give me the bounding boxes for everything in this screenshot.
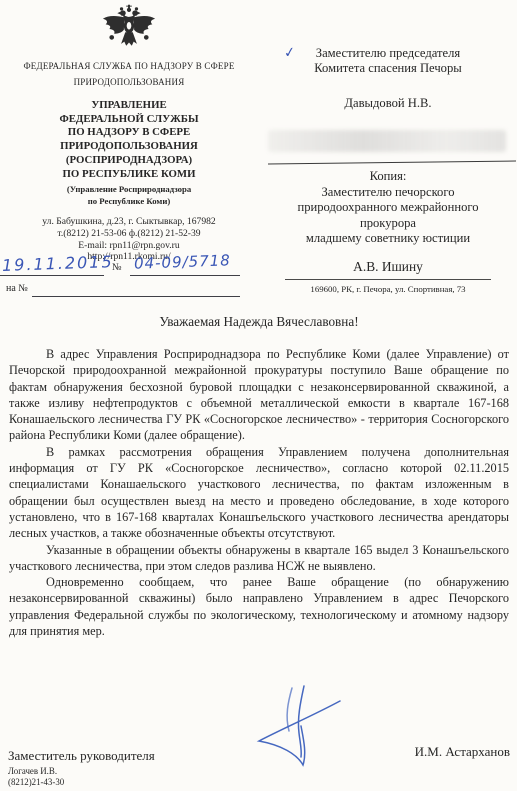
letterhead-block: ФЕДЕРАЛЬНАЯ СЛУЖБА ПО НАДЗОРУ В СФЕРЕ ПР…	[4, 4, 254, 263]
date-handwritten: 19.11.2015	[2, 252, 114, 275]
body-paragraph: В адрес Управления Росприроднадзора по Р…	[9, 346, 509, 444]
org-short-name-line: по Республике Коми)	[4, 196, 254, 208]
number-sign-label: №	[112, 262, 122, 273]
number-underline	[130, 275, 240, 276]
salutation: Уважаемая Надежда Вячеславовна!	[9, 314, 509, 330]
addressee-line: Комитета спасения Печоры	[262, 61, 514, 76]
org-short-name-line: (Управление Росприроднадзора	[4, 184, 254, 196]
department-name-line: ФЕДЕРАЛЬНОЙ СЛУЖБЫ	[4, 113, 254, 127]
body-paragraph: В рамках рассмотрения обращения Управлен…	[9, 444, 509, 542]
faded-stamp-smudge	[268, 130, 506, 152]
department-name: УПРАВЛЕНИЕ ФЕДЕРАЛЬНОЙ СЛУЖБЫ ПО НАДЗОРУ…	[4, 99, 254, 181]
addressee-block: ✓ Заместителю председателя Комитета спас…	[262, 46, 514, 111]
copy-recipient-name: А.В. Ишину	[262, 259, 514, 275]
body-paragraph: Указанные в обращении объекты обнаружены…	[9, 542, 509, 575]
ref-number-label: на №	[6, 283, 28, 294]
org-postal-address: ул. Бабушкина, д.23, г. Сыктывкар, 16798…	[4, 216, 254, 228]
letter-body: Уважаемая Надежда Вячеславовна! В адрес …	[9, 314, 509, 639]
signature-scribble	[252, 684, 347, 779]
org-phone-fax: т.(8212) 21-53-06 ф.(8212) 21-52-39	[4, 228, 254, 240]
agency-name-line: ПРИРОДОПОЛЬЗОВАНИЯ	[4, 74, 254, 90]
ref-number-row: на №	[6, 283, 254, 294]
body-paragraph: Одновременно сообщаем, что ранее Ваше об…	[9, 574, 509, 639]
department-name-line: (РОСПРИРОДНАДЗОРА)	[4, 154, 254, 168]
copy-recipient-line: младшему советнику юстиции	[262, 231, 514, 247]
doc-number-handwritten: 04-09/5718	[134, 251, 231, 272]
copy-recipient-line: прокурора	[262, 216, 514, 232]
executor-block: Логачев И.В. (8212)21-43-30	[8, 766, 64, 788]
copy-recipient-address: 169600, РК, г. Печора, ул. Спортивная, 7…	[262, 282, 514, 298]
date-underline	[0, 275, 104, 276]
copy-name-underline	[285, 279, 491, 280]
addressee-name: Давыдовой Н.В.	[262, 96, 514, 111]
signer-position-title: Заместитель руководителя	[8, 748, 155, 764]
copy-label: Копия:	[262, 169, 514, 185]
signer-name: И.М. Астарханов	[415, 744, 510, 760]
executor-name: Логачев И.В.	[8, 766, 64, 777]
scanned-letter-page: ФЕДЕРАЛЬНАЯ СЛУЖБА ПО НАДЗОРУ В СФЕРЕ ПР…	[0, 0, 517, 791]
department-name-line: ПО НАДЗОРУ В СФЕРЕ	[4, 126, 254, 140]
date-number-row: 19.11.2015 № 04-09/5718	[0, 254, 254, 280]
agency-name-line: ФЕДЕРАЛЬНАЯ СЛУЖБА ПО НАДЗОРУ В СФЕРЕ	[4, 58, 254, 74]
department-name-line: ПРИРОДОПОЛЬЗОВАНИЯ	[4, 140, 254, 154]
ref-number-underline	[32, 296, 240, 297]
copy-recipient-line: природоохранного межрайонного	[262, 200, 514, 216]
coat-of-arms-eagle-icon	[101, 4, 157, 54]
executor-phone: (8212)21-43-30	[8, 777, 64, 788]
copy-recipient-block: Копия: Заместителю печорского природоохр…	[262, 169, 514, 297]
agency-name: ФЕДЕРАЛЬНАЯ СЛУЖБА ПО НАДЗОРУ В СФЕРЕ ПР…	[4, 58, 254, 90]
department-name-line: УПРАВЛЕНИЕ	[4, 99, 254, 113]
copy-recipient-line: Заместителю печорского	[262, 185, 514, 201]
checkmark-icon: ✓	[283, 45, 297, 62]
department-name-line: ПО РЕСПУБЛИКЕ КОМИ	[4, 168, 254, 182]
org-short-name: (Управление Росприроднадзора по Республи…	[4, 184, 254, 207]
addressee-line: Заместителю председателя	[262, 46, 514, 61]
org-email: E-mail: rpn11@rpn.gov.ru	[4, 240, 254, 252]
copy-divider-line	[268, 160, 516, 164]
